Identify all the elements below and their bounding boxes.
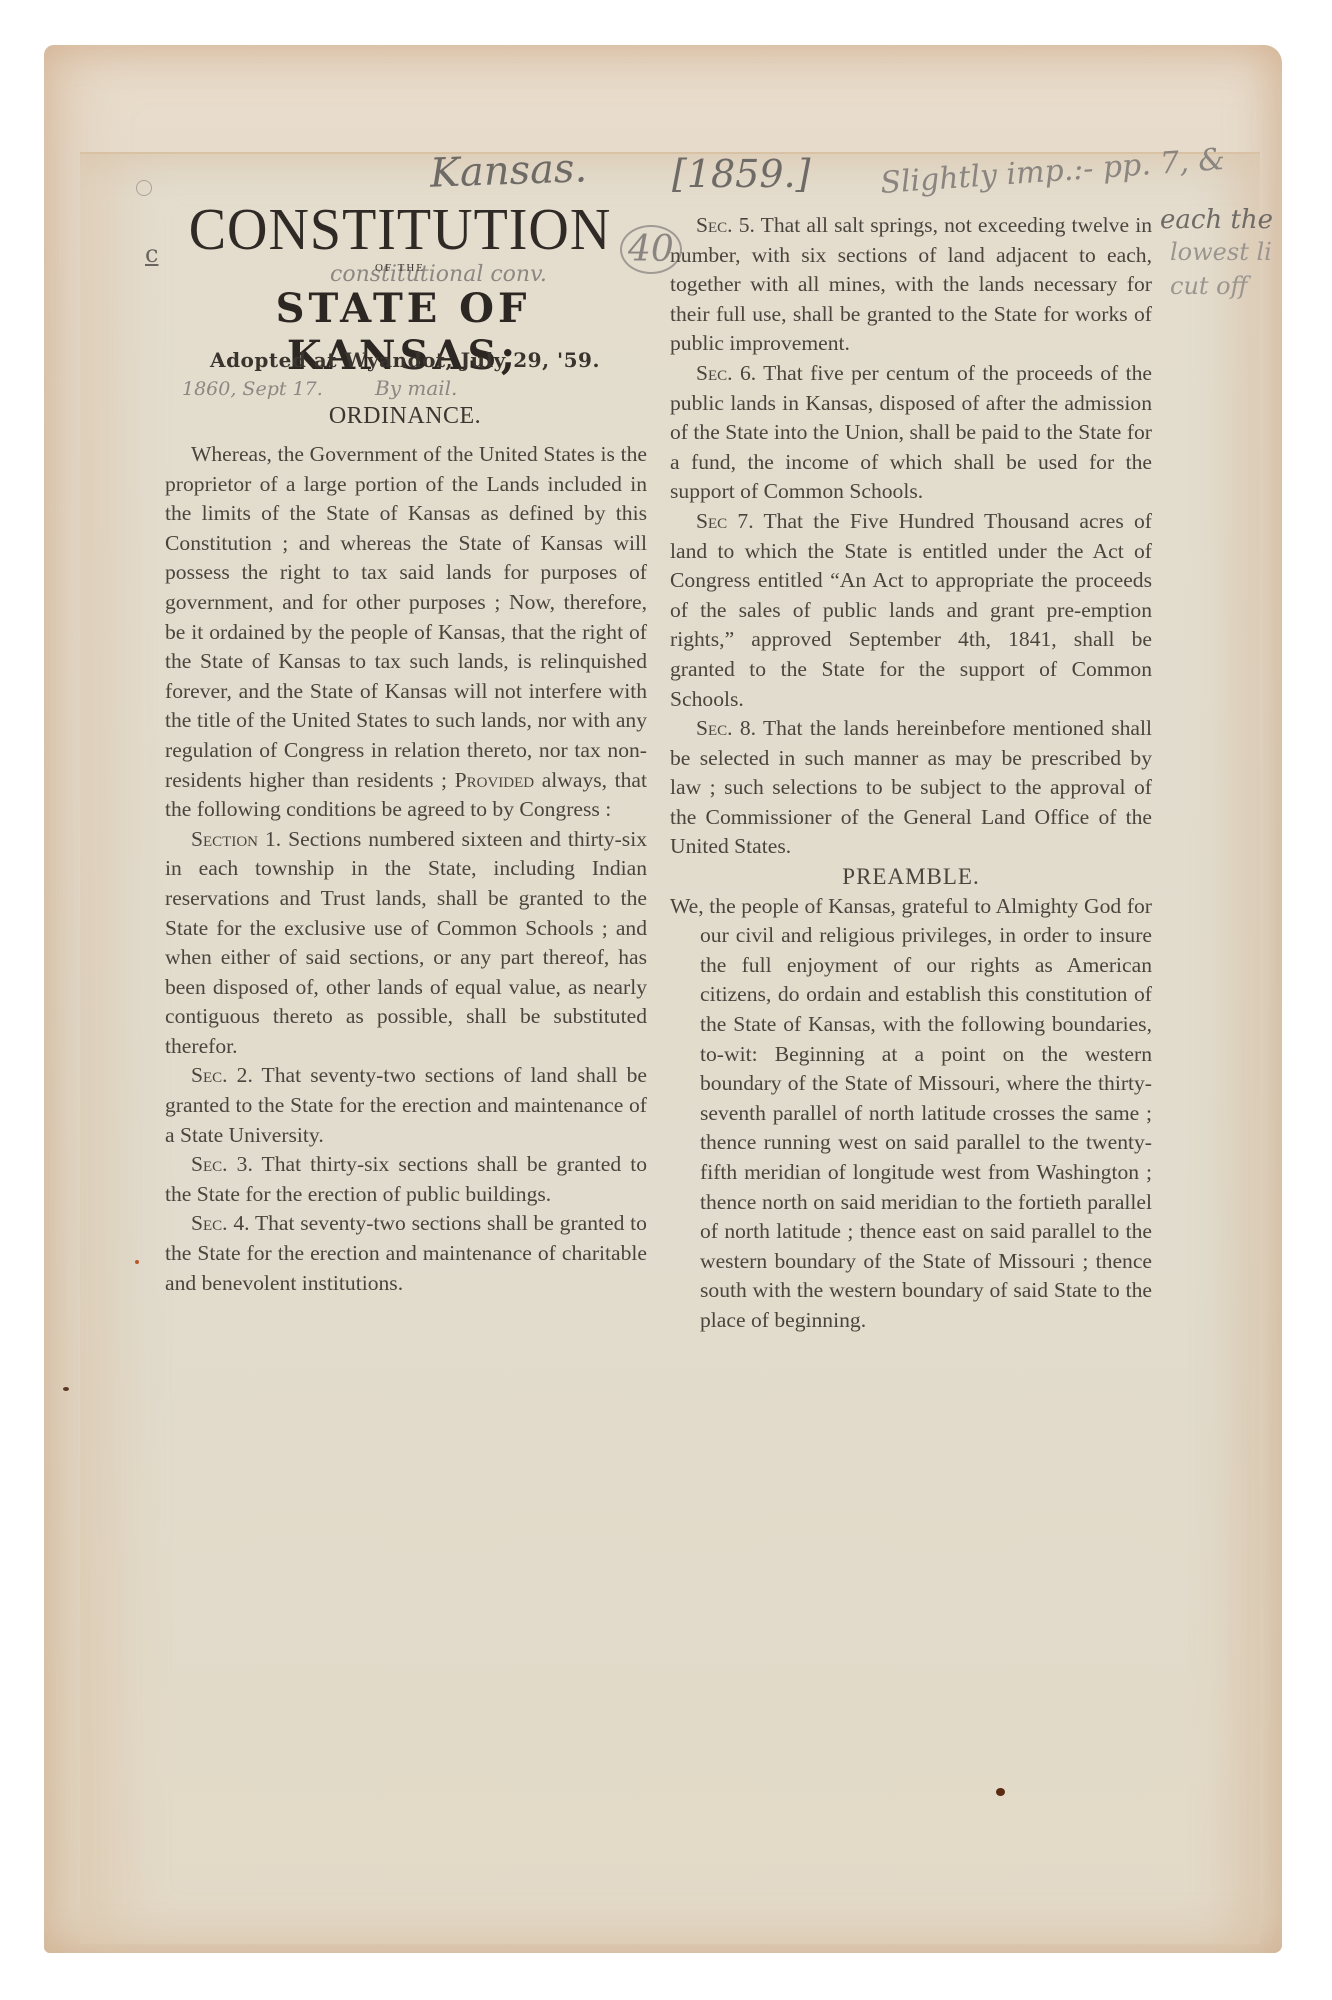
section-label: Sec 7. <box>696 509 754 533</box>
section-7: Sec 7. That the Five Hundred Thousand ac… <box>670 507 1152 714</box>
section-4: Sec. 4. That seventy-two sections shall … <box>165 1209 647 1298</box>
right-column: Sec. 5. That all salt springs, not excee… <box>670 211 1152 1336</box>
ink-spot <box>135 1260 139 1264</box>
ink-spot <box>63 1387 69 1391</box>
annotation-date: 1860, Sept 17. <box>182 378 323 400</box>
annotation-by-mail: By mail. <box>375 376 457 400</box>
annotation-year: [1859.] <box>672 152 810 196</box>
section-label: Section 1. <box>191 827 281 851</box>
annotation-margin-line2: lowest li <box>1170 238 1272 266</box>
section-label: Sec. 6. <box>696 361 756 385</box>
section-label: Sec. 2. <box>191 1063 253 1087</box>
section-label: Sec. 3. <box>191 1152 253 1176</box>
adoption-line: Adopted at Wyandot, July 29, '59. <box>165 348 645 372</box>
document-title: CONSTITUTION <box>180 196 620 263</box>
provided-label: Provided <box>455 768 535 792</box>
section-5: Sec. 5. That all salt springs, not excee… <box>670 211 1152 359</box>
ordinance-heading: ORDINANCE. <box>165 403 645 430</box>
circle-mark-icon <box>136 180 152 196</box>
whereas-paragraph: Whereas, the Government of the United St… <box>165 440 647 825</box>
preamble-text: We, the people of Kansas, grateful to Al… <box>700 892 1152 1336</box>
section-3: Sec. 3. That thirty-six sections shall b… <box>165 1150 647 1209</box>
section-label: Sec. 8. <box>696 716 756 740</box>
section-2: Sec. 2. That seventy-two sections of lan… <box>165 1061 647 1150</box>
annotation-margin-line1: each the <box>1160 205 1273 235</box>
section-text: That the Five Hundred Thousand acres of … <box>670 509 1152 711</box>
section-8: Sec. 8. That the lands hereinbefore ment… <box>670 714 1152 862</box>
annotation-kansas: Kansas. <box>429 145 588 196</box>
whereas-text: Whereas, the Government of the United St… <box>165 442 647 792</box>
document-title-connector: OF THE <box>180 262 620 274</box>
section-6: Sec. 6. That five per centum of the proc… <box>670 359 1152 507</box>
left-column: Whereas, the Government of the United St… <box>165 440 647 1298</box>
annotation-margin-line3: cut off <box>1170 272 1248 300</box>
section-text: Sections numbered sixteen and thirty-six… <box>165 827 647 1058</box>
preamble-heading: PREAMBLE. <box>670 862 1152 892</box>
section-1: Section 1. Sections numbered sixteen and… <box>165 825 647 1062</box>
section-label: Sec. 5. <box>696 213 755 237</box>
ink-spot <box>996 1788 1005 1796</box>
section-label: Sec. 4. <box>191 1211 250 1235</box>
annotation-left-mark: c <box>145 240 158 268</box>
